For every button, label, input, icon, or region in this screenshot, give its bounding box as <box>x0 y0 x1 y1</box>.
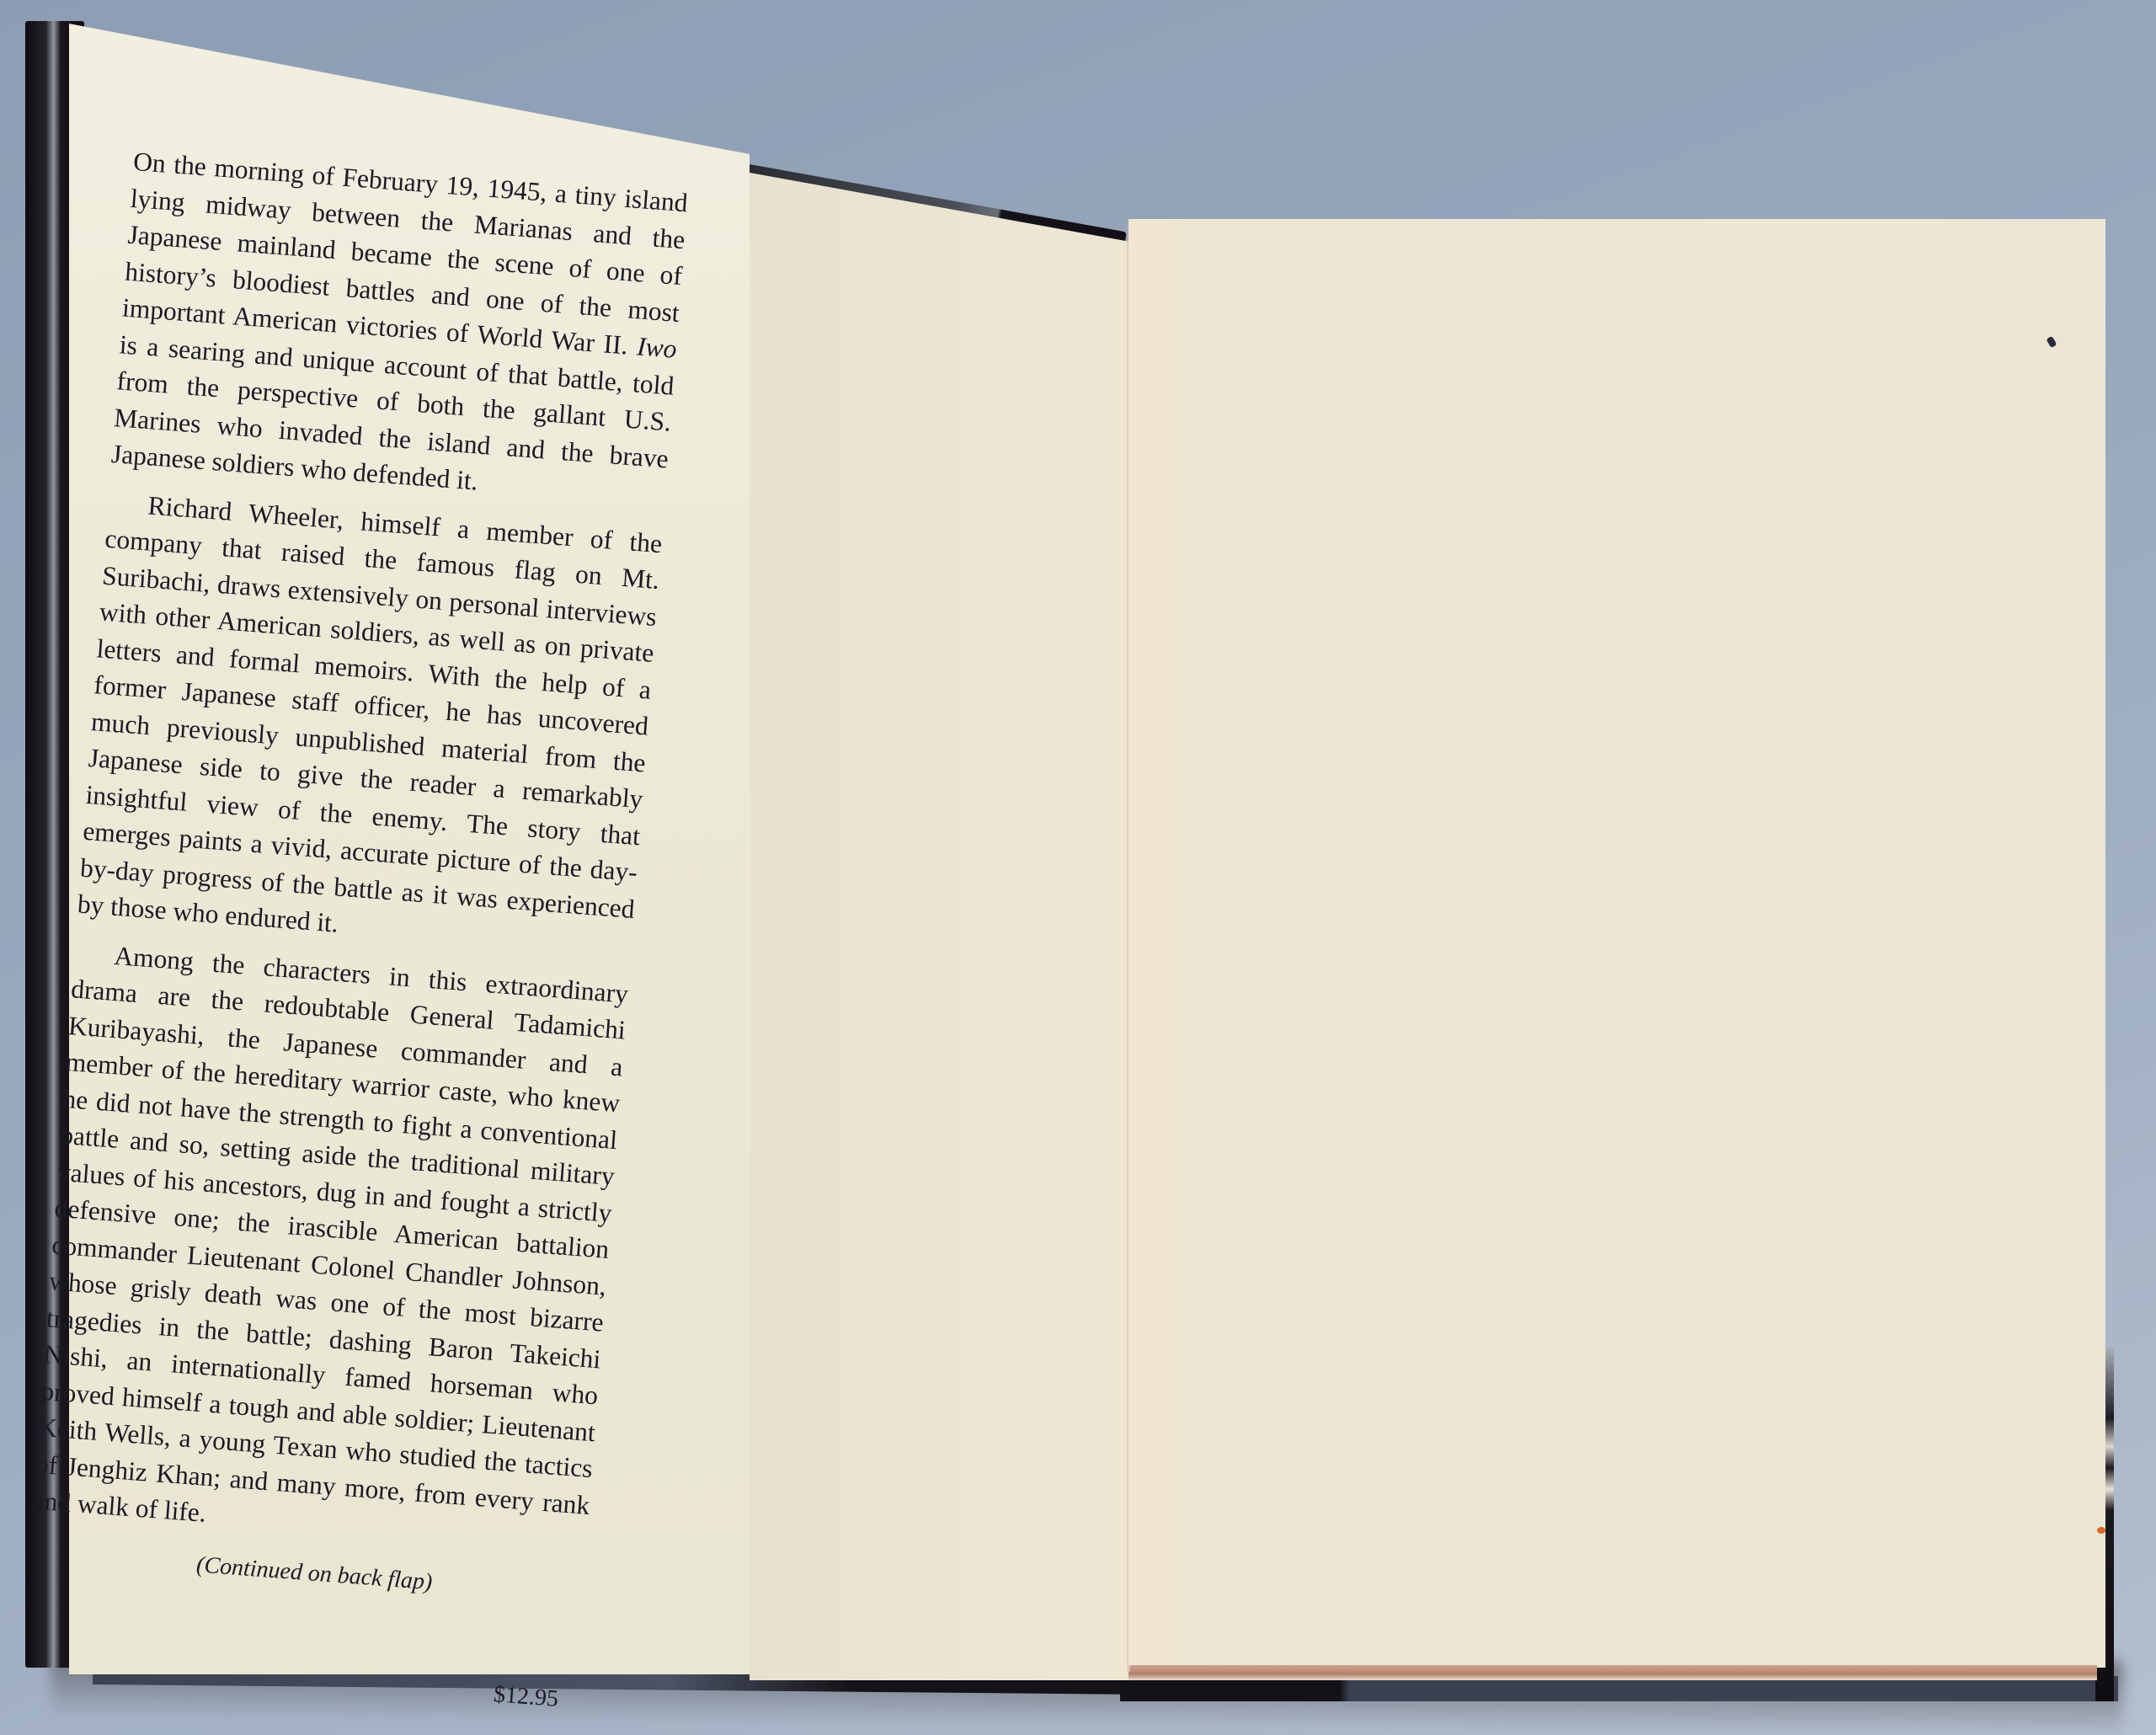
left-endpaper-page <box>750 173 1130 1680</box>
flap-blurb: On the morning of February 19, 1945, a t… <box>24 143 689 1663</box>
book-gutter <box>1127 223 1130 1672</box>
book-title-italic: Iwo <box>636 331 678 363</box>
flap-paragraph-1-lead: On the morning of February 19, 1945, a t… <box>121 147 689 360</box>
flap-paragraph-2: Richard Wheeler, himself a member of the… <box>76 483 663 964</box>
page-foxing-spot <box>2097 1527 2105 1534</box>
page-block-bottom-edge <box>1129 1665 2097 1680</box>
right-endpaper-page <box>1129 219 2105 1668</box>
flap-paragraph-3: Among the characters in this extraordina… <box>31 934 629 1561</box>
flap-paragraph-1: On the morning of February 19, 1945, a t… <box>110 143 689 514</box>
